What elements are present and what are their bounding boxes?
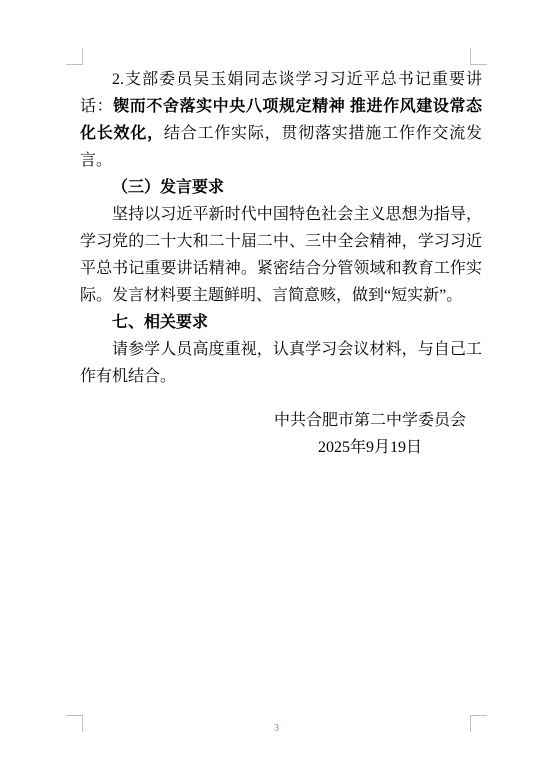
document-page: 2.支部委员吴玉娟同志谈学习习近平总书记重要讲话：锲而不舍落实中央八项规定精神 … [0, 0, 553, 782]
paragraph-speech-item: 2.支部委员吴玉娟同志谈学习习近平总书记重要讲话：锲而不舍落实中央八项规定精神 … [80, 66, 482, 174]
paragraph-related-requirements: 请参学人员高度重视，认真学习会议材料，与自己工作有机结合。 [80, 336, 482, 390]
blank-line [80, 390, 482, 407]
signature-block: 中共合肥市第二中学委员会 2025年9月19日 [274, 407, 466, 461]
heading-related-requirements: 七、相关要求 [80, 309, 482, 336]
document-body: 2.支部委员吴玉娟同志谈学习习近平总书记重要讲话：锲而不舍落实中央八项规定精神 … [80, 66, 482, 461]
paragraph-speaking-requirements: 坚持以习近平新时代中国特色社会主义思想为指导，学习党的二十大和二十届二中、三中全… [80, 201, 482, 309]
heading-speaking-requirements: （三）发言要求 [80, 174, 482, 201]
margin-crop-mark-top-left [66, 48, 83, 65]
margin-crop-mark-top-right [470, 48, 487, 65]
signature-date: 2025年9月19日 [274, 434, 466, 461]
signature-organization: 中共合肥市第二中学委员会 [274, 407, 466, 434]
page-number: 3 [0, 722, 553, 736]
